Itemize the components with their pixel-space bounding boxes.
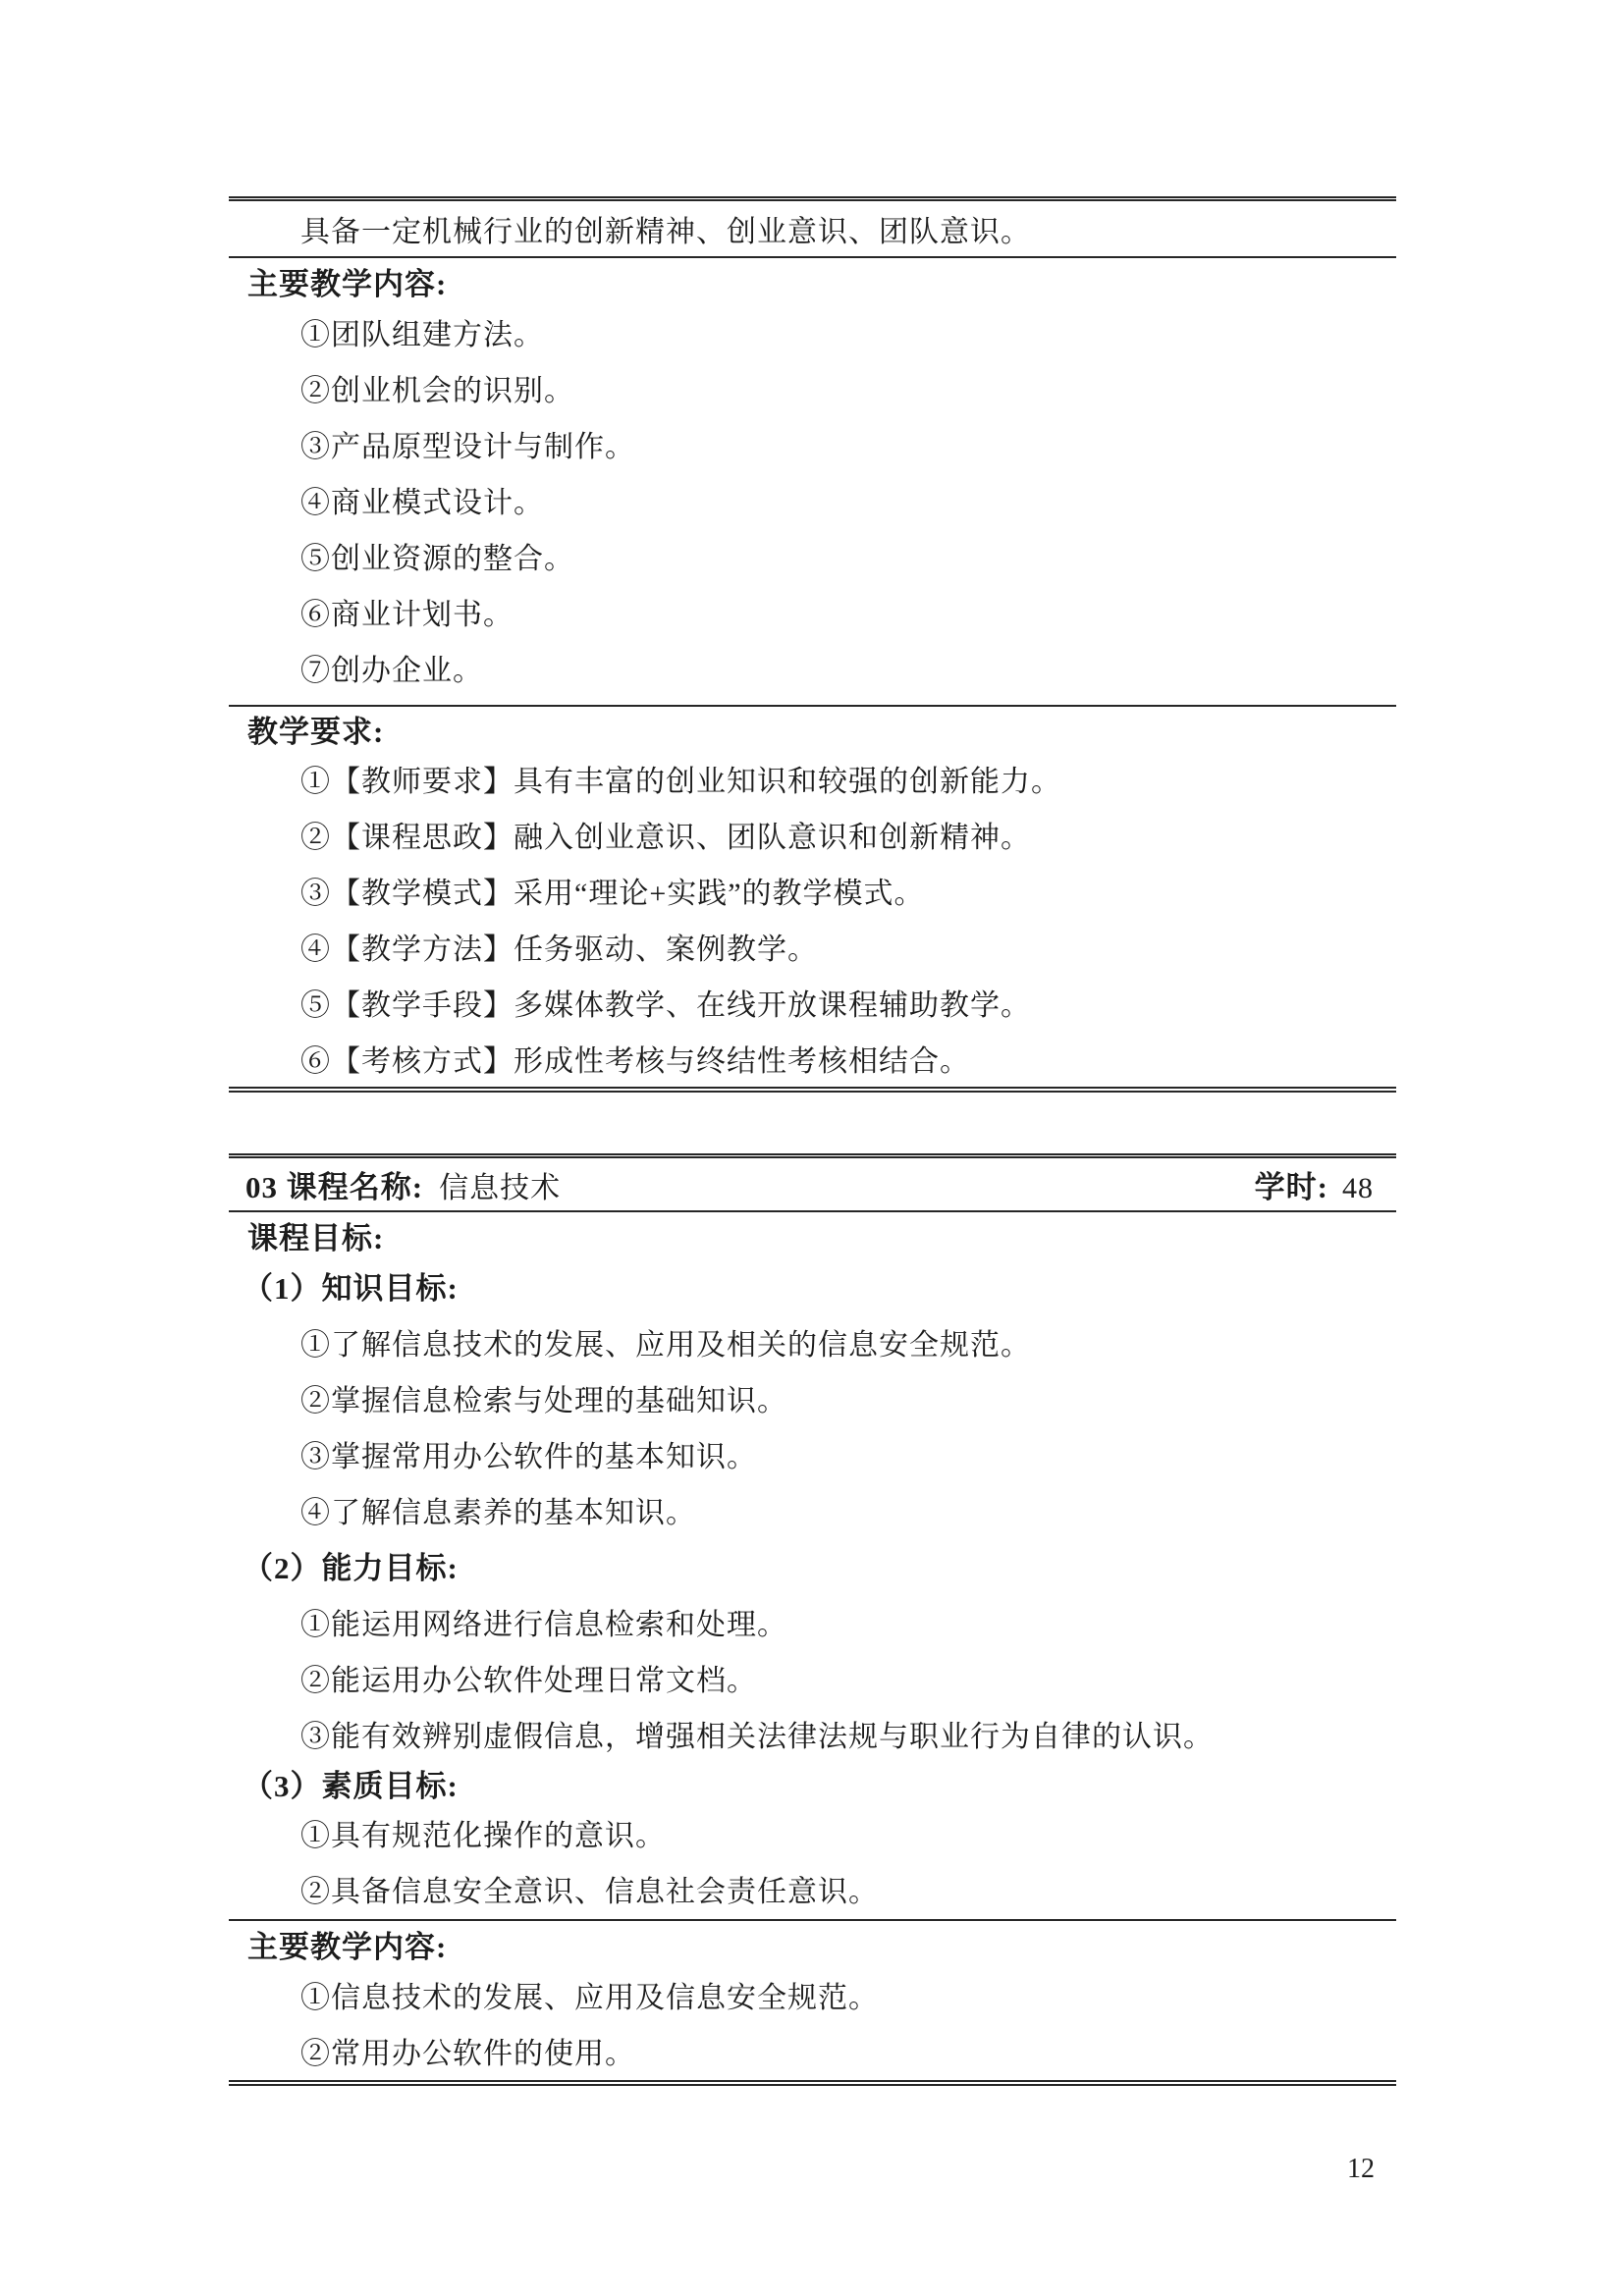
requirement-item: ⑤【教学手段】多媒体教学、在线开放课程辅助教学。 — [229, 974, 1396, 1030]
requirement-item: ②【课程思政】融入创业意识、团队意识和创新精神。 — [229, 806, 1396, 862]
section-heading-course-objectives: 课程目标: — [229, 1212, 1396, 1257]
content-item: ②创业机会的识别。 — [229, 359, 1396, 415]
content-item: ⑦创办企业。 — [229, 639, 1396, 695]
content-item: ③产品原型设计与制作。 — [229, 415, 1396, 471]
objective-item: ②掌握信息检索与处理的基础知识。 — [229, 1369, 1396, 1425]
requirement-item: ③【教学模式】采用“理论+实践”的教学模式。 — [229, 862, 1396, 918]
section-heading-teaching-requirements: 教学要求: — [229, 707, 1396, 750]
objective-item: ③掌握常用办公软件的基本知识。 — [229, 1425, 1396, 1481]
course-number-label: 03 课程名称: — [245, 1162, 423, 1206]
requirement-item: ④【教学方法】任务驱动、案例教学。 — [229, 918, 1396, 974]
objective-item: ④了解信息素养的基本知识。 — [229, 1481, 1396, 1537]
document-page: 具备一定机械行业的创新精神、创业意识、团队意识。 主要教学内容: ①团队组建方法… — [0, 0, 1624, 2296]
objective-item: ②具备信息安全意识、信息社会责任意识。 — [229, 1860, 1396, 1916]
content-item: ④商业模式设计。 — [229, 471, 1396, 527]
objective-item: ①了解信息技术的发展、应用及相关的信息安全规范。 — [229, 1313, 1396, 1369]
hours-value: 48 — [1342, 1172, 1374, 1205]
objective-item: ③能有效辨别虚假信息，增强相关法律法规与职业行为自律的认识。 — [229, 1705, 1396, 1761]
objective-group-heading-quality: （3）素质目标: — [229, 1761, 1396, 1804]
content-item: ②常用办公软件的使用。 — [229, 2022, 1396, 2078]
section-heading-main-content: 主要教学内容: — [229, 1921, 1396, 1966]
content-item: ⑥商业计划书。 — [229, 583, 1396, 639]
requirement-item: ①【教师要求】具有丰富的创业知识和较强的创新能力。 — [229, 750, 1396, 806]
content-item: ①团队组建方法。 — [229, 303, 1396, 359]
course-title: 03 课程名称: 信息技术 — [245, 1162, 561, 1206]
objective-item: ①能运用网络进行信息检索和处理。 — [229, 1593, 1396, 1649]
content-item: ⑤创业资源的整合。 — [229, 527, 1396, 583]
course-name: 信息技术 — [439, 1163, 561, 1206]
objective-group-heading-ability: （2）能力目标: — [229, 1537, 1396, 1593]
page-number: 12 — [1347, 2154, 1375, 2185]
objective-group-heading-knowledge: （1）知识目标: — [229, 1257, 1396, 1313]
course-03-section: 03 课程名称: 信息技术 学时: 48 课程目标: （1）知识目标: ①了解信… — [229, 1153, 1396, 2086]
course-title-row: 03 课程名称: 信息技术 学时: 48 — [229, 1158, 1396, 1210]
intro-line: 具备一定机械行业的创新精神、创业意识、团队意识。 — [229, 201, 1396, 256]
hours-label: 学时: — [1255, 1162, 1328, 1206]
objective-item: ②能运用办公软件处理日常文档。 — [229, 1649, 1396, 1705]
section-heading-main-content: 主要教学内容: — [229, 258, 1396, 303]
requirement-item: ⑥【考核方式】形成性考核与终结性考核相结合。 — [229, 1030, 1396, 1086]
content-item: ①信息技术的发展、应用及信息安全规范。 — [229, 1966, 1396, 2022]
course-hours: 学时: 48 — [1255, 1162, 1374, 1206]
objective-item: ①具有规范化操作的意识。 — [229, 1804, 1396, 1860]
course-02-section: 具备一定机械行业的创新精神、创业意识、团队意识。 主要教学内容: ①团队组建方法… — [229, 196, 1396, 1093]
